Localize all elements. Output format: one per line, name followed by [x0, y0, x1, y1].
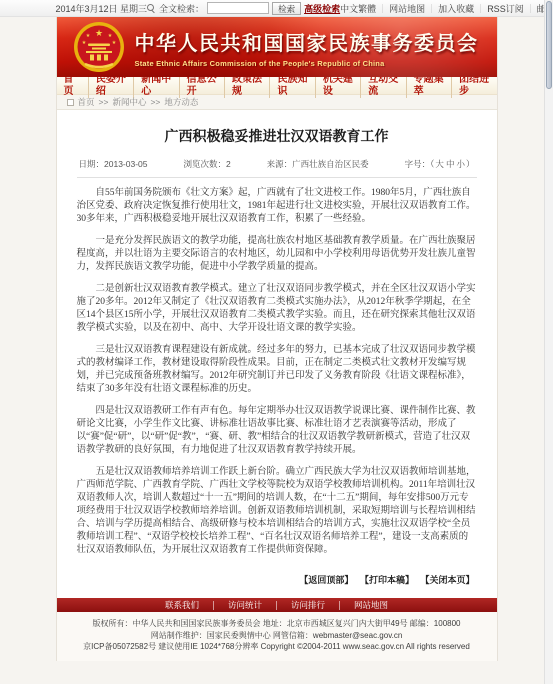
current-date: 2014年3月12日 星期三	[56, 2, 148, 15]
breadcrumb-separator: >>	[150, 97, 160, 107]
font-size-large[interactable]: 大	[435, 159, 444, 169]
meta-date: 日期：2013-03-05	[79, 158, 148, 170]
footer-icp-line: 京ICP备05072582号 建议使用IE 1024*768分辨率 Copyri…	[61, 641, 493, 653]
footer-maintenance-line: 网站制作维护：国家民委舆情中心 网管信箱：webmaster@seac.gov.…	[61, 630, 493, 642]
nav-item-unity-progress[interactable]: 团结进步	[451, 74, 496, 98]
footer-link-sitemap[interactable]: 网站地图	[339, 601, 402, 610]
nav-item-commission-intro[interactable]: 民委介绍	[88, 74, 133, 98]
article-meta: 日期：2013-03-05 浏览次数：2 来源：广西壮族自治区民委 字号：（大中…	[77, 158, 477, 178]
meta-source: 来源：广西壮族自治区民委	[267, 158, 369, 170]
font-size-medium[interactable]: 中	[446, 159, 455, 169]
topbar-link-traditional-chinese[interactable]: 中文繁體	[340, 2, 376, 15]
back-to-top-link[interactable]: 【返回顶部】	[299, 575, 353, 585]
article-paragraph: 三是壮汉双语教育课程建设有新成就。经过多年的努力，已基本完成了壮汉双语同步教学模…	[77, 344, 477, 396]
svg-text:★: ★	[94, 28, 102, 38]
footer-link-visit-stats[interactable]: 访问统计	[213, 601, 276, 610]
nav-item-home[interactable]: 首 页	[57, 74, 88, 98]
svg-text:★: ★	[85, 33, 90, 39]
topbar-link-favorites[interactable]: 加入收藏	[425, 2, 474, 15]
footer-copyright-line: 版权所有：中华人民共和国国家民族事务委员会 地址：北京市西城区复兴门内大街甲49…	[61, 618, 493, 630]
nav-item-news-center[interactable]: 新闻中心	[133, 74, 178, 98]
search-input[interactable]	[207, 2, 269, 14]
font-size-control: 字号：（大中小）	[405, 158, 475, 170]
advanced-search-link[interactable]: 高级检索	[304, 2, 340, 15]
print-link[interactable]: 【打印本稿】	[360, 575, 414, 585]
article-paragraph: 自55年前国务院颁布《壮文方案》起，广西就有了壮文进校工作。1980年5月，广西…	[77, 187, 477, 226]
article-body: 自55年前国务院颁布《壮文方案》起，广西就有了壮文进校工作。1980年5月，广西…	[77, 187, 477, 557]
breadcrumb-current: 地方动态	[164, 96, 198, 108]
search-label: 全文检索：	[159, 2, 204, 15]
article-paragraph: 一是充分发挥民族语文的教学功能，提高壮族农村地区基础教育教学质量。在广西壮族聚居…	[77, 235, 477, 274]
nav-item-agency-building[interactable]: 机关建设	[315, 74, 360, 98]
footer: 版权所有：中华人民共和国国家民族事务委员会 地址：北京市西城区复兴门内大街甲49…	[57, 612, 497, 661]
topbar-link-rss[interactable]: RSS订阅	[474, 2, 524, 15]
nav-item-interaction[interactable]: 互动交流	[360, 74, 405, 98]
main-nav: 首 页 民委介绍 新闻中心 信息公开 政策法规 民族知识 机关建设 互动交流 专…	[57, 77, 497, 95]
topbar: 2014年3月12日 星期三 全文检索： 检索 高级检索 中文繁體 网站地图 加…	[0, 0, 553, 17]
national-emblem-icon: ★ ★ ★ ★ ★	[73, 21, 125, 73]
folder-icon	[67, 99, 74, 106]
breadcrumb-news-center[interactable]: 新闻中心	[112, 96, 146, 108]
topbar-links: 中文繁體 网站地图 加入收藏 RSS订阅 邮件系统	[340, 2, 553, 15]
search-button[interactable]: 检索	[272, 2, 301, 15]
article-title: 广西积极稳妥推进壮汉双语教育工作	[77, 126, 477, 146]
breadcrumb-separator: >>	[99, 97, 109, 107]
article-paragraph: 五是壮汉双语教师培养培训工作跃上新台阶。确立广西民族大学为壮汉双语教师培训基地，…	[77, 466, 477, 557]
footer-link-contact[interactable]: 联系我们	[151, 601, 213, 610]
article: 广西积极稳妥推进壮汉双语教育工作 日期：2013-03-05 浏览次数：2 来源…	[57, 110, 497, 598]
nav-item-policies[interactable]: 政策法规	[224, 74, 269, 98]
scrollbar-thumb[interactable]	[546, 1, 552, 89]
site-subtitle-en: State Ethnic Affairs Commission of the P…	[135, 59, 479, 68]
content-column: ★ ★ ★ ★ ★ 中华人民共和国国家民族事务委员会 State Ethnic …	[56, 17, 498, 661]
article-paragraph: 四是壮汉双语教研工作有声有色。每年定期举办壮汉双语教学说课比赛、课件制作比赛、教…	[77, 405, 477, 457]
footer-nav: 联系我们 访问统计 访问排行 网站地图	[57, 598, 497, 612]
topbar-link-sitemap[interactable]: 网站地图	[376, 2, 425, 15]
scrollbar[interactable]	[544, 0, 553, 684]
meta-views: 浏览次数：2	[183, 158, 230, 170]
site-title: 中华人民共和国国家民族事务委员会	[135, 27, 479, 56]
banner-text: 中华人民共和国国家民族事务委员会 State Ethnic Affairs Co…	[135, 27, 479, 68]
font-size-small[interactable]: 小	[456, 159, 465, 169]
nav-item-ethnic-knowledge[interactable]: 民族知识	[269, 74, 314, 98]
article-actions: 【返回顶部】 【打印本稿】 【关闭本页】	[79, 573, 475, 586]
breadcrumb-home[interactable]: 首页	[78, 96, 95, 108]
nav-item-special-topics[interactable]: 专题集萃	[406, 74, 451, 98]
svg-text:★: ★	[81, 40, 86, 46]
footer-link-visit-ranking[interactable]: 访问排行	[276, 601, 339, 610]
search-icon	[147, 4, 156, 13]
site-banner: ★ ★ ★ ★ ★ 中华人民共和国国家民族事务委员会 State Ethnic …	[57, 17, 497, 77]
svg-text:★: ★	[107, 33, 112, 39]
search-area: 全文检索： 检索 高级检索	[147, 2, 340, 15]
nav-item-info-disclosure[interactable]: 信息公开	[179, 74, 224, 98]
article-paragraph: 二是创新壮汉双语教育教学模式。建立了壮汉双语同步教学模式，并在全区壮汉双语小学实…	[77, 283, 477, 335]
page: 2014年3月12日 星期三 全文检索： 检索 高级检索 中文繁體 网站地图 加…	[0, 0, 553, 684]
svg-text:★: ★	[111, 40, 116, 46]
close-page-link[interactable]: 【关闭本页】	[420, 575, 474, 585]
